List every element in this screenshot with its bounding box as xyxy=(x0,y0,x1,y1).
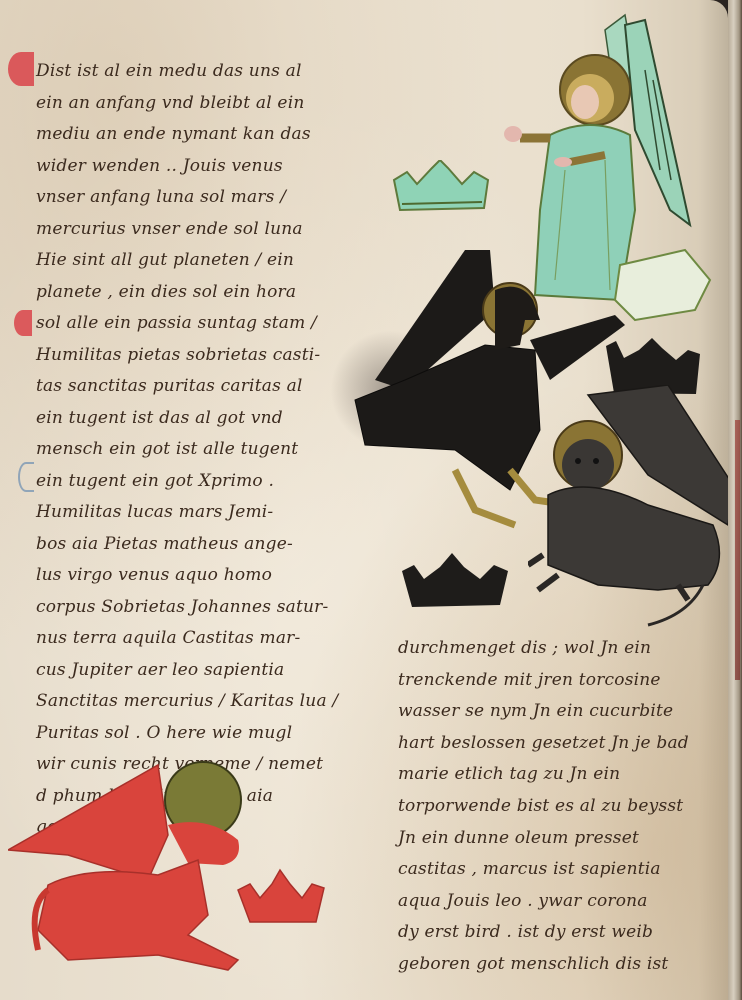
text-line: Humilitas lucas mars Jemi- xyxy=(36,497,366,529)
crown-green-icon xyxy=(392,160,492,215)
right-text-column: durchmenget dis ; wol Jn ein trenckende … xyxy=(398,633,708,981)
text-line: geboren got menschlich dis ist xyxy=(398,949,708,981)
text-line: castitas , marcus ist sapientia xyxy=(398,854,708,886)
blue-initial-h xyxy=(18,462,34,492)
ox-illustration xyxy=(8,755,258,980)
manuscript-page: Dist ist al ein medu das uns al ein an a… xyxy=(0,0,728,1000)
text-line: mercurius vnser ende sol luna xyxy=(36,214,366,246)
text-line: durchmenget dis ; wol Jn ein xyxy=(398,633,708,665)
text-line: corpus Sobrietas Johannes satur- xyxy=(36,592,366,624)
rubricated-initial-d xyxy=(8,52,34,86)
text-line: mensch ein got ist alle tugent xyxy=(36,434,366,466)
text-line: Puritas sol . O here wie mugl xyxy=(36,718,366,750)
text-line: dy erst bird . ist dy erst weib xyxy=(398,917,708,949)
text-line: lus virgo venus aquo homo xyxy=(36,560,366,592)
crown-black-lower-icon xyxy=(400,553,510,613)
text-line: planete , ein dies sol ein hora xyxy=(36,277,366,309)
text-line: wasser se nym Jn ein cucurbite xyxy=(398,696,708,728)
book-binding-edge xyxy=(728,0,742,1000)
text-line: Humilitas pietas sobrietas casti- xyxy=(36,340,366,372)
text-line: Dist ist al ein medu das uns al xyxy=(36,56,366,88)
text-line: ein an anfang vnd bleibt al ein xyxy=(36,88,366,120)
text-line: aqua Jouis leo . ywar corona xyxy=(398,886,708,918)
text-line: marie etlich tag zu Jn ein xyxy=(398,759,708,791)
rubricated-initial-c xyxy=(14,310,32,336)
text-line: wider wenden .. Jouis venus xyxy=(36,151,366,183)
left-text-column: Dist ist al ein medu das uns al ein an a… xyxy=(36,56,366,844)
text-line: ein tugent ein got Xprimo . xyxy=(36,466,366,498)
text-line: tas sanctitas puritas caritas al xyxy=(36,371,366,403)
text-line: sol alle ein passia suntag stam / xyxy=(36,308,366,340)
text-line: hart beslossen gesetzet Jn je bad xyxy=(398,728,708,760)
red-page-marker xyxy=(735,420,740,680)
text-line: vnser anfang luna sol mars / xyxy=(36,182,366,214)
text-line: cus Jupiter aer leo sapientia xyxy=(36,655,366,687)
text-line: mediu an ende nymant kan das xyxy=(36,119,366,151)
text-line: Hie sint all gut planeten / ein xyxy=(36,245,366,277)
text-line: nus terra aquila Castitas mar- xyxy=(36,623,366,655)
text-line: trenckende mit jren torcosine xyxy=(398,665,708,697)
crown-red-icon xyxy=(236,868,326,926)
text-line: torporwende bist es al zu beysst xyxy=(398,791,708,823)
text-line: Jn ein dunne oleum presset xyxy=(398,823,708,855)
lion-illustration xyxy=(528,385,738,635)
text-line: bos aia Pietas matheus ange- xyxy=(36,529,366,561)
text-line: Sanctitas mercurius / Karitas lua / xyxy=(36,686,366,718)
text-line: ein tugent ist das al got vnd xyxy=(36,403,366,435)
